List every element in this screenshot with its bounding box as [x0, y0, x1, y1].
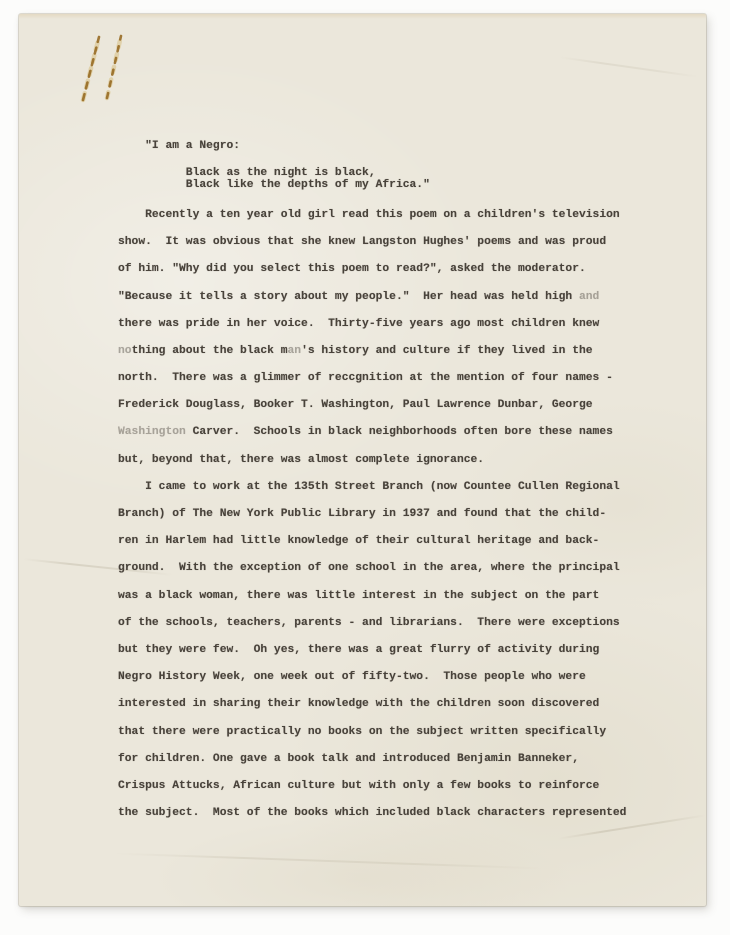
typed-text-block: "I am a Negro: Black as the night is bla…: [118, 140, 686, 834]
typed-line: interested in sharing their knowledge wi…: [118, 698, 686, 725]
typed-segment: show. It was obvious that she knew Langs…: [118, 236, 606, 248]
typed-segment-faded: no: [118, 345, 132, 357]
typed-segment: the subject. Most of the books which inc…: [118, 807, 626, 819]
typed-segment: that there were practically no books on …: [118, 726, 606, 738]
typed-segment: but they were few. Oh yes, there was a g…: [118, 644, 599, 656]
typed-line: Washington Carver. Schools in black neig…: [118, 426, 686, 453]
typed-line: Negro History Week, one week out of fift…: [118, 671, 686, 698]
typed-segment: 's history and culture if they lived in …: [301, 345, 593, 357]
typed-segment: ground. With the exception of one school…: [118, 562, 620, 574]
paper-crease: [560, 56, 699, 77]
typed-segment: "I am a Negro:: [118, 140, 240, 152]
document-page: "I am a Negro: Black as the night is bla…: [19, 14, 706, 906]
typed-line: Black as the night is black,: [118, 167, 686, 179]
typed-line: Branch) of The New York Public Library i…: [118, 508, 686, 535]
typed-segment: Branch) of The New York Public Library i…: [118, 508, 606, 520]
typed-segment: I came to work at the 135th Street Branc…: [118, 481, 620, 493]
typed-segment: Black as the night is black,: [118, 167, 376, 179]
typed-segment: Frederick Douglass, Booker T. Washington…: [118, 399, 593, 411]
typed-segment: Crispus Attucks, African culture but wit…: [118, 780, 599, 792]
typed-segment: Recently a ten year old girl read this p…: [118, 209, 620, 221]
typed-line: I came to work at the 135th Street Branc…: [118, 481, 686, 508]
rust-pencil-marks: [72, 28, 132, 110]
typed-line: Recently a ten year old girl read this p…: [118, 209, 686, 236]
typed-line: but they were few. Oh yes, there was a g…: [118, 644, 686, 671]
typed-segment-faded: and: [572, 291, 599, 303]
typed-segment-faded: Washington: [118, 426, 186, 438]
typed-segment: "Because it tells a story about my peopl…: [118, 291, 572, 303]
scanned-document: "I am a Negro: Black as the night is bla…: [0, 0, 730, 935]
typed-segment: north. There was a glimmer of reccgnitio…: [118, 372, 613, 384]
typed-segment: for children. One gave a book talk and i…: [118, 753, 579, 765]
typed-segment: Black like the depths of my Africa.": [118, 179, 430, 191]
typed-line: there was pride in her voice. Thirty-fiv…: [118, 318, 686, 345]
typed-line: north. There was a glimmer of reccgnitio…: [118, 372, 686, 399]
typed-line: nothing about the black man's history an…: [118, 345, 686, 372]
typed-segment: ren in Harlem had little knowledge of th…: [118, 535, 599, 547]
typed-line: the subject. Most of the books which inc…: [118, 807, 686, 834]
typed-line: ren in Harlem had little knowledge of th…: [118, 535, 686, 562]
typed-line: show. It was obvious that she knew Langs…: [118, 236, 686, 263]
typed-segment: thing about the black m: [132, 345, 288, 357]
typed-segment: there was pride in her voice. Thirty-fiv…: [118, 318, 599, 330]
typed-line: Crispus Attucks, African culture but wit…: [118, 780, 686, 807]
typed-line: "Because it tells a story about my peopl…: [118, 291, 686, 318]
typed-line: of the schools, teachers, parents - and …: [118, 617, 686, 644]
typed-line: was a black woman, there was little inte…: [118, 590, 686, 617]
typed-segment: of the schools, teachers, parents - and …: [118, 617, 620, 629]
typed-segment: interested in sharing their knowledge wi…: [118, 698, 599, 710]
typed-segment: Negro History Week, one week out of fift…: [118, 671, 586, 683]
typed-segment: but, beyond that, there was almost compl…: [118, 454, 484, 466]
typed-line: "I am a Negro:: [118, 140, 686, 167]
typed-line: that there were practically no books on …: [118, 726, 686, 753]
typed-line: of him. "Why did you select this poem to…: [118, 263, 686, 290]
typed-line: ground. With the exception of one school…: [118, 562, 686, 589]
typed-segment: of him. "Why did you select this poem to…: [118, 263, 586, 275]
typed-line: but, beyond that, there was almost compl…: [118, 454, 686, 481]
typed-line: Black like the depths of my Africa.": [118, 179, 686, 209]
typed-line: for children. One gave a book talk and i…: [118, 753, 686, 780]
typed-segment: Carver. Schools in black neighborhoods o…: [186, 426, 613, 438]
typed-segment: was a black woman, there was little inte…: [118, 590, 599, 602]
paper-crease: [114, 852, 544, 869]
typed-line: Frederick Douglass, Booker T. Washington…: [118, 399, 686, 426]
typed-segment-faded: an: [288, 345, 302, 357]
